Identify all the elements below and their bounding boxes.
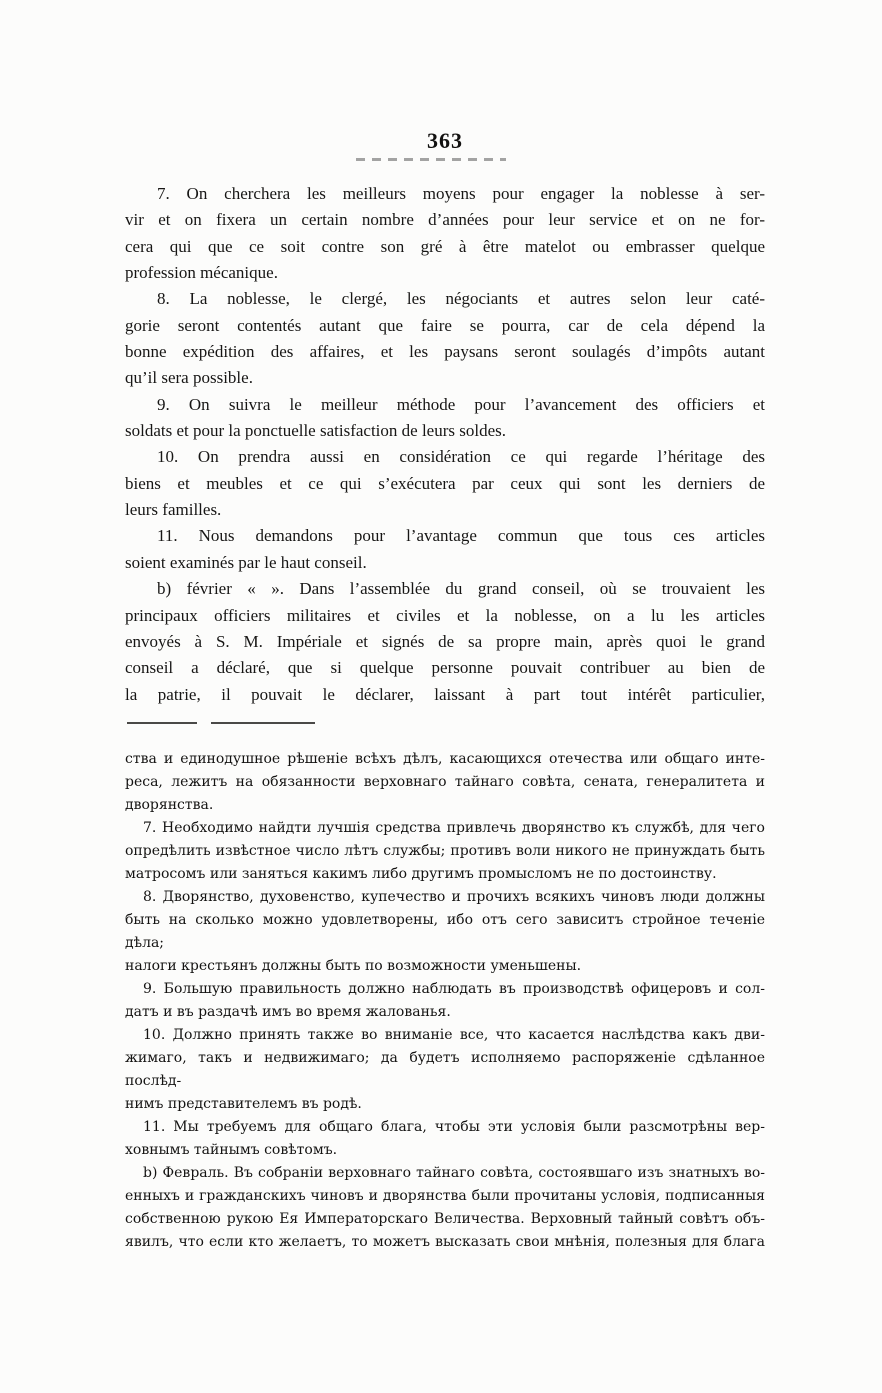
footnote-line: 10. Должно принять также во вниманіе все… [125,1024,765,1047]
body-line: 9. On suivra le meilleur méthode pour l’… [125,392,765,418]
footnote-paragraph: 9. Большую правильность должно наблюдать… [125,978,765,1024]
body-line: b) février « ». Dans l’assemblée du gran… [125,576,765,602]
footnote-russian-text-block: ства и единодушное рѣшеніе всѣхъ дѣлъ, к… [125,748,765,1254]
page-number: 363 [125,128,765,154]
body-line: soient examinés par le haut conseil. [125,550,765,576]
body-line: 7. On cherchera les meilleurs moyens pou… [125,181,765,207]
footnote-line: быть на сколько можно удовлетворены, ибо… [125,909,765,955]
body-line: conseil a déclaré, que si quelque person… [125,655,765,681]
body-paragraph: 11. Nous demandons pour l’avantage commu… [125,523,765,576]
footnote-line: налоги крестьянъ должны быть по возможно… [125,955,765,978]
footnote-line: нимъ представителемъ въ родѣ. [125,1093,765,1116]
body-line: vir et on fixera un certain nombre d’ann… [125,207,765,233]
footnote-line: собственною рукою Ея Императорскаго Вели… [125,1208,765,1231]
footnote-line: дворянства. [125,794,765,817]
footnote-paragraph: b) Февраль. Въ собраніи верховнаго тайна… [125,1162,765,1254]
footnote-paragraph: 11. Мы требуемъ для общаго блага, чтобы … [125,1116,765,1162]
body-line: qu’il sera possible. [125,365,765,391]
footnote-line: опредѣлить извѣстное число лѣтъ службы; … [125,840,765,863]
body-line: principaux officiers militaires et civil… [125,603,765,629]
body-line: 8. La noblesse, le clergé, les négociant… [125,286,765,312]
body-paragraph: 9. On suivra le meilleur méthode pour l’… [125,392,765,445]
body-line: gorie seront contentés autant que faire … [125,313,765,339]
scanned-book-page: 363 7. On cherchera les meilleurs moyens… [0,0,882,1393]
body-line: 11. Nous demandons pour l’avantage commu… [125,523,765,549]
footnote-paragraph: 10. Должно принять также во вниманіе все… [125,1024,765,1116]
footnote-separator-rule [127,722,327,724]
body-line: profession mécanique. [125,260,765,286]
footnote-paragraph: 8. Дворянство, духовенство, купечество и… [125,886,765,978]
footnote-line: жимаго, такъ и недвижимаго; да будетъ ис… [125,1047,765,1093]
footnote-line: b) Февраль. Въ собраніи верховнаго тайна… [125,1162,765,1185]
body-line: cera qui que ce soit contre son gré à êt… [125,234,765,260]
footnote-line: ховнымъ тайнымъ совѣтомъ. [125,1139,765,1162]
body-paragraph: 8. La noblesse, le clergé, les négociant… [125,286,765,391]
body-line: leurs familles. [125,497,765,523]
footnote-line: ства и единодушное рѣшеніе всѣхъ дѣлъ, к… [125,748,765,771]
body-line: bonne expédition des affaires, et les pa… [125,339,765,365]
footnote-line: реса, лежитъ на обязанности верховнаго т… [125,771,765,794]
footnote-line: 7. Необходимо найдти лучшія средства при… [125,817,765,840]
main-french-text-block: 7. On cherchera les meilleurs moyens pou… [125,181,765,708]
footnote-line: явилъ, что если кто желаетъ, то можетъ в… [125,1231,765,1254]
body-line: biens et meubles et ce qui s’exécutera p… [125,471,765,497]
footnote-paragraph: ства и единодушное рѣшеніе всѣхъ дѣлъ, к… [125,748,765,817]
footnote-paragraph: 7. Необходимо найдти лучшія средства при… [125,817,765,886]
separator-segment [127,722,197,724]
body-line: soldats et pour la ponctuelle satisfacti… [125,418,765,444]
footnote-line: датъ и въ раздачѣ имъ во время жалованья… [125,1001,765,1024]
body-line: la patrie, il pouvait le déclarer, laiss… [125,682,765,708]
body-paragraph: 10. On prendra aussi en considération ce… [125,444,765,523]
footnote-line: 9. Большую правильность должно наблюдать… [125,978,765,1001]
body-line: envoyés à S. M. Impériale et signés de s… [125,629,765,655]
body-paragraph: 7. On cherchera les meilleurs moyens pou… [125,181,765,286]
footnote-line: енныхъ и гражданскихъ чиновъ и дворянств… [125,1185,765,1208]
body-paragraph: b) février « ». Dans l’assemblée du gran… [125,576,765,708]
page-header: 363 [125,128,765,161]
footnote-line: 8. Дворянство, духовенство, купечество и… [125,886,765,909]
separator-segment [211,722,315,724]
faded-header-rule [356,158,506,161]
body-line: 10. On prendra aussi en considération ce… [125,444,765,470]
footnote-line: матросомъ или заняться какимъ либо други… [125,863,765,886]
footnote-line: 11. Мы требуемъ для общаго блага, чтобы … [125,1116,765,1139]
